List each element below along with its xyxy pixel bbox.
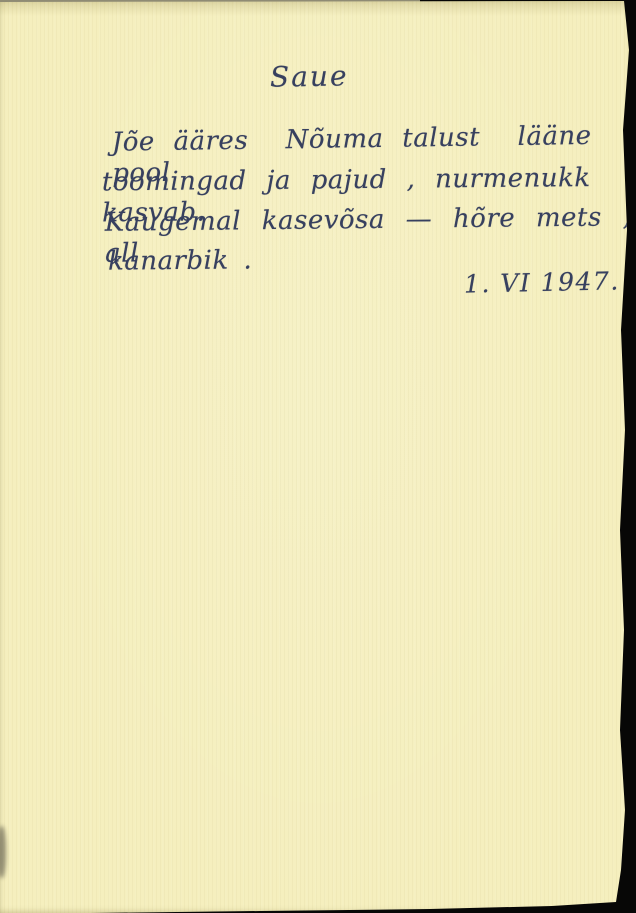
note-title: Saue — [270, 59, 349, 94]
note-page: Saue Jõe ääres Nõuma talust lääne pool t… — [0, 0, 636, 913]
note-date: 1. VI 1947. — [464, 266, 620, 299]
scan-smudge-mark — [0, 826, 6, 878]
note-line-4: kanarbik . — [108, 245, 252, 277]
scanned-note-card: Saue Jõe ääres Nõuma talust lääne pool t… — [0, 0, 636, 913]
